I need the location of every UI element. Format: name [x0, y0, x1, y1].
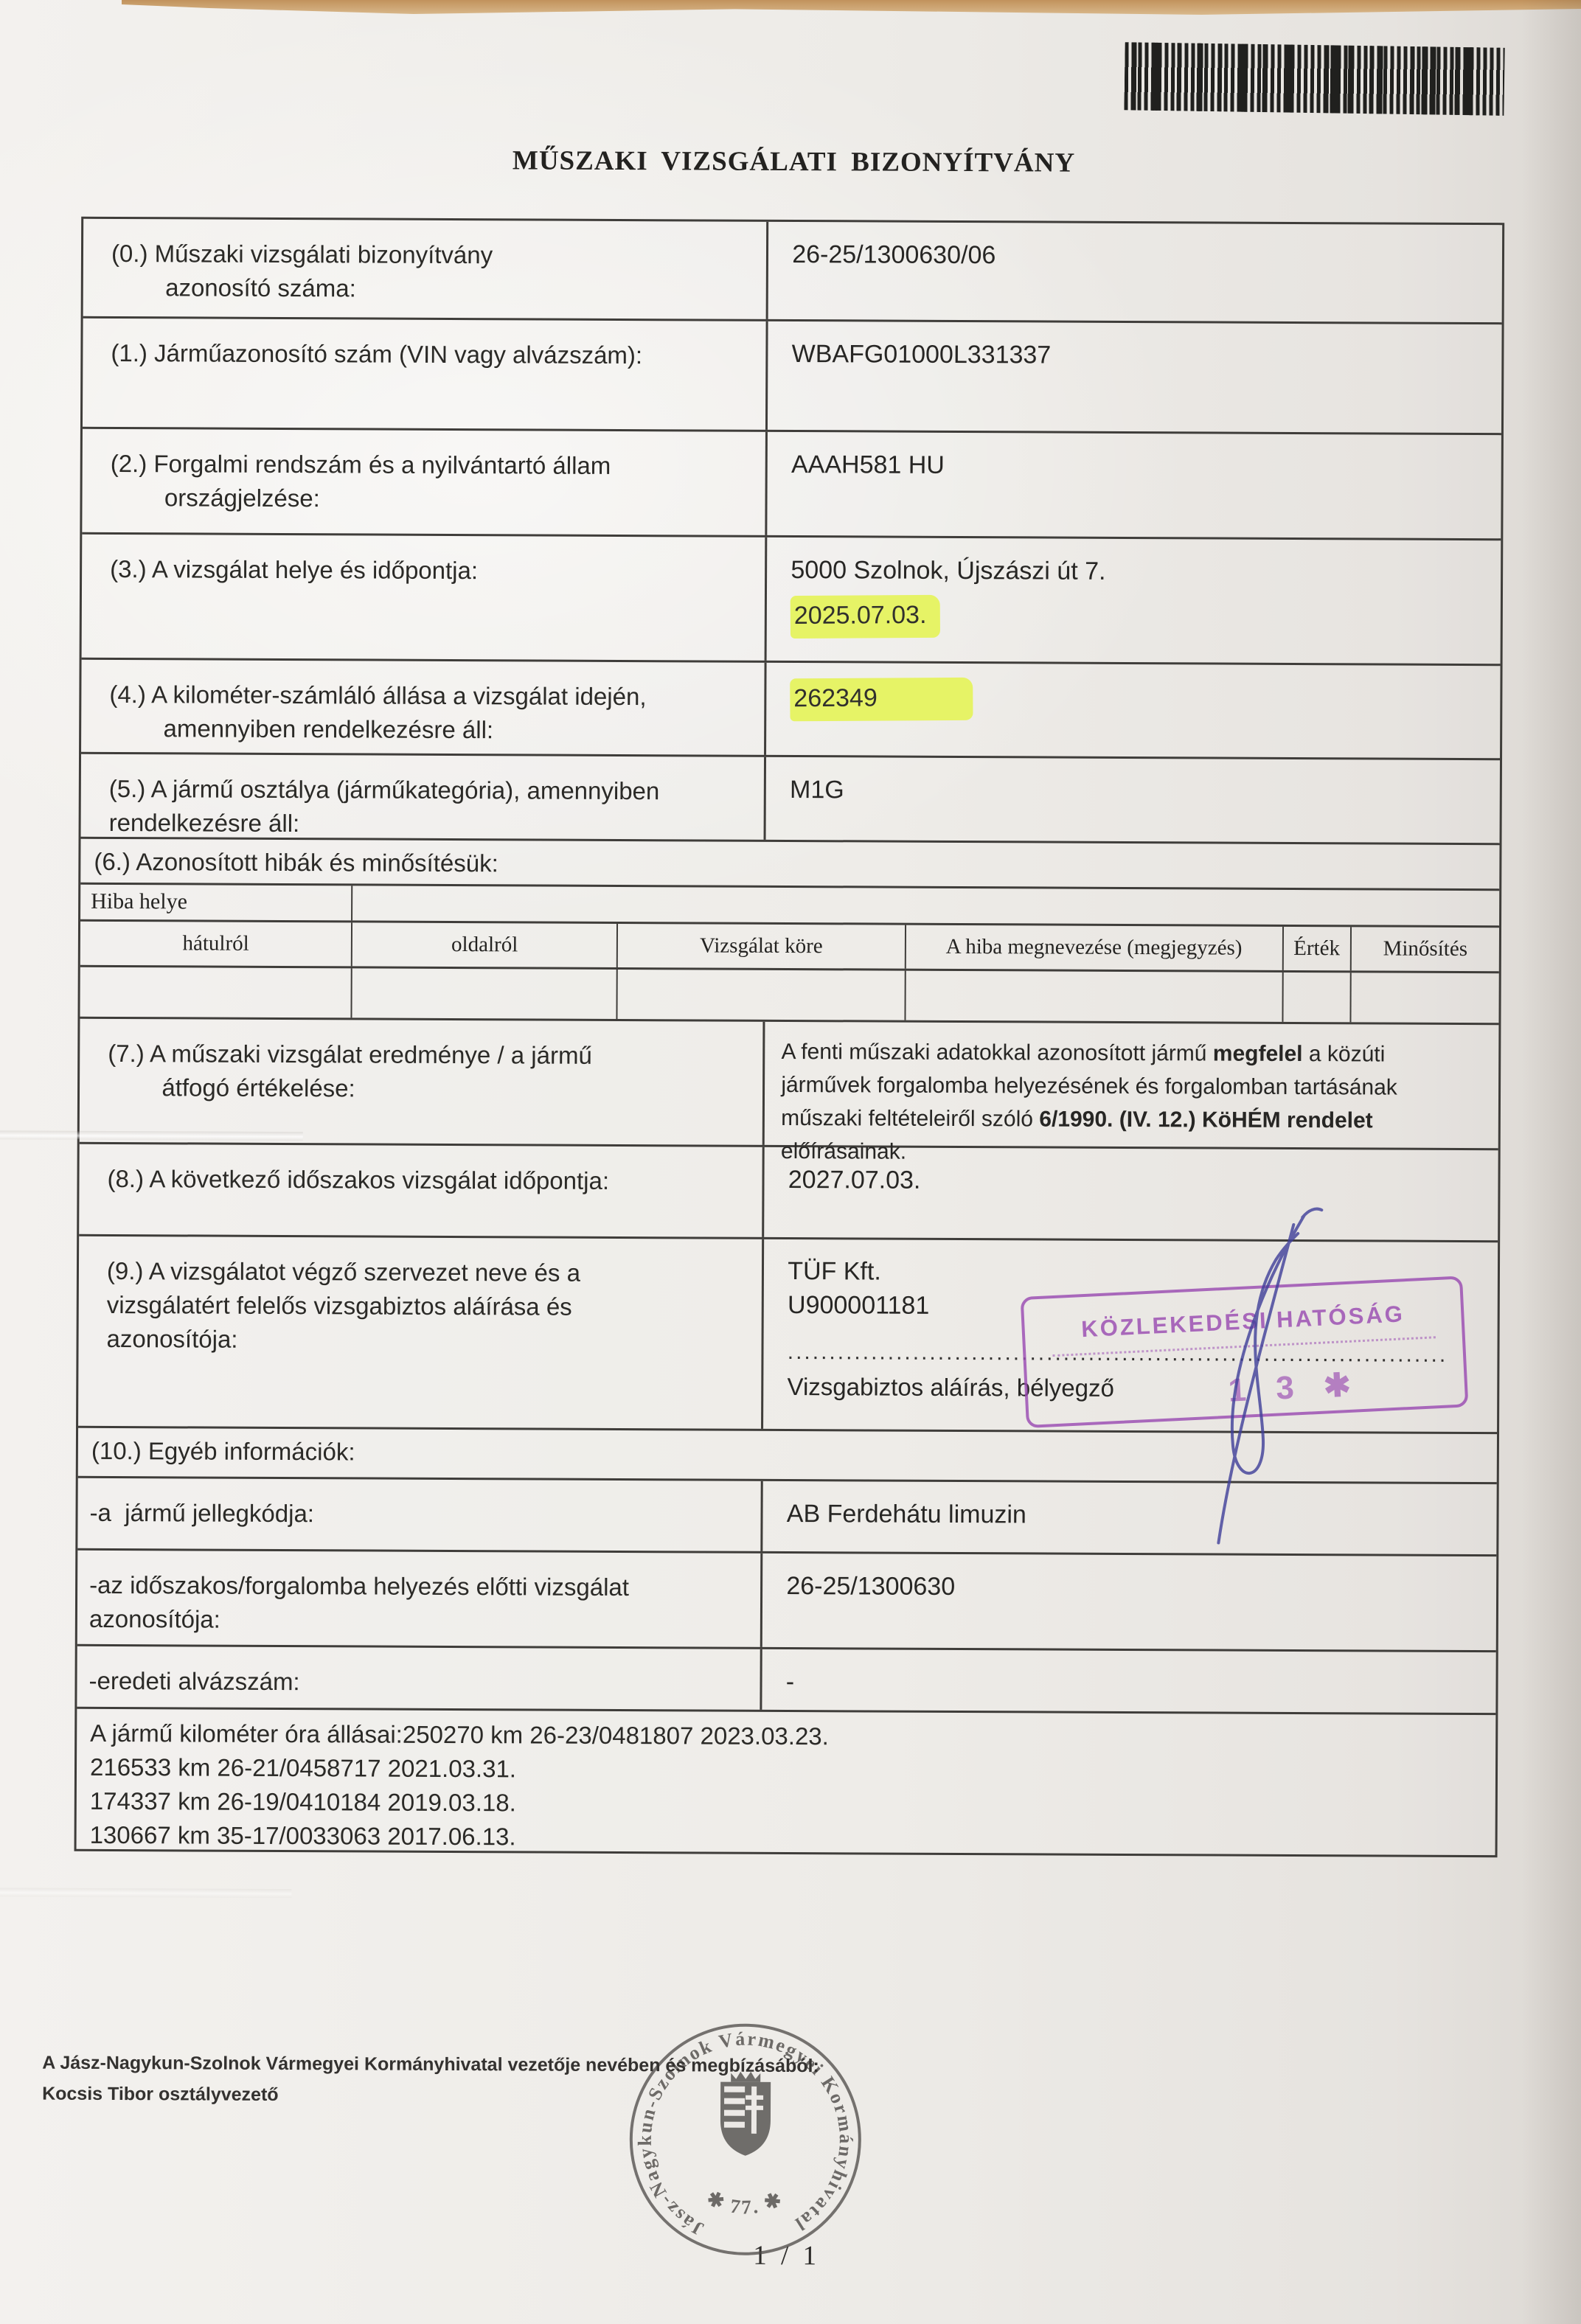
row-inspection-place-date: (3.) A vizsgálat helye és időpontja: 500… [82, 535, 1501, 666]
row-defect-empty [80, 967, 1498, 1025]
plate-value: AAAH581 HU [791, 450, 945, 479]
odometer-history-line: 130667 km 35-17/0033063 2017.06.13. [90, 1818, 1481, 1858]
defect-empty-cell [906, 971, 1283, 1022]
defect-col-side: oldalról [352, 922, 618, 967]
row-odometer-history: A jármű kilométer óra állásai:250270 km … [77, 1709, 1496, 1855]
row-verdict: (7.) A műszaki vizsgálat eredménye / a j… [80, 1019, 1499, 1150]
field-value-cell: 26-25/1300630/06 [768, 222, 1502, 322]
defect-place-empty-cell [352, 886, 1499, 925]
field-label: (7.) A műszaki vizsgálat eredménye / a j… [80, 1019, 765, 1145]
original-chassis-value: - [786, 1668, 794, 1696]
defect-empty-cell [1351, 973, 1498, 1023]
odometer-history-block: A jármű kilométer óra állásai:250270 km … [77, 1709, 1496, 1855]
inspection-place-value: 5000 Szolnok, Újszászi út 7. [790, 552, 1486, 591]
paper-crease [0, 1130, 302, 1141]
scanned-document: MŰSZAKI VIZSGÁLATI BIZONYÍTVÁNY (0.) Műs… [0, 0, 1581, 2324]
field-value-cell: 5000 Szolnok, Újszászi út 7. 2025.07.03. [767, 537, 1501, 664]
official-round-seal: Jász-Nagykun-Szolnok Vármegyei Kormányhi… [605, 1999, 886, 2280]
field-label: (9.) A vizsgálatot végző szervezet neve … [78, 1236, 764, 1429]
defect-empty-cell [352, 968, 618, 1019]
row-defect-place-header: Hiba helye [80, 885, 1499, 928]
field-value-cell: 26-25/1300630 [762, 1554, 1496, 1650]
row-defect-columns: hátulról oldalról Vizsgálat köre A hiba … [80, 922, 1499, 973]
defect-col-rear: hátulról [80, 922, 353, 967]
odometer-history-line: 216533 km 26-21/0458717 2021.03.31. [90, 1750, 1481, 1790]
row-vehicle-category: (5.) A jármű osztálya (járműkategória), … [81, 754, 1500, 845]
defects-section-label: (6.) Azonosított hibák és minősítésük: [80, 839, 1499, 888]
seal-coat-of-arms [720, 2072, 771, 2156]
vin-value: WBAFG01000L331337 [792, 340, 1052, 369]
vehicle-category-value: M1G [790, 776, 844, 804]
inspection-date-highlighted: 2025.07.03. [790, 595, 940, 639]
row-certificate-id: (0.) Műszaki vizsgálati bizonyítvány azo… [83, 219, 1503, 324]
defect-col-description: A hiba megnevezése (megjegyzés) [906, 925, 1284, 970]
verdict-regulation: 6/1990. (IV. 12.) KöHÉM rendelet [1039, 1107, 1373, 1133]
field-value-cell: AAAH581 HU [768, 432, 1501, 538]
defect-empty-cell [1283, 973, 1352, 1022]
handwritten-signature [1081, 1202, 1377, 1550]
row-odometer: (4.) A kilométer-számláló állása a vizsg… [81, 660, 1501, 760]
field-label: (0.) Műszaki vizsgálati bizonyítvány azo… [83, 219, 769, 319]
certificate-id-value: 26-25/1300630/06 [792, 240, 995, 269]
field-label: (2.) Forgalmi rendszám és a nyilvántartó… [82, 429, 768, 535]
defect-col-value: Érték [1283, 927, 1352, 970]
defect-empty-cell [80, 967, 352, 1018]
field-label: -az időszakos/forgalomba helyezés előtti… [77, 1551, 763, 1647]
defect-place-header: Hiba helye [80, 885, 353, 921]
field-value-cell: WBAFG01000L331337 [768, 321, 1501, 433]
defect-col-rating: Minősítés [1352, 927, 1499, 971]
inspection-date-wrap: 2025.07.03. [790, 595, 1486, 641]
verdict-pre: A fenti műszaki adatokkal azonosított já… [781, 1040, 1212, 1066]
field-label: (3.) A vizsgálat helye és időpontja: [82, 535, 768, 661]
next-inspection-date: 2027.07.03. [788, 1166, 921, 1194]
signer-name-title: Kocsis Tibor osztályvezető [42, 2084, 279, 2106]
field-label: (5.) A jármű osztálya (járműkategória), … [81, 754, 767, 840]
odometer-history-line: A jármű kilométer óra állásai:250270 km … [90, 1716, 1481, 1756]
defect-empty-cell [618, 970, 906, 1020]
row-previous-inspection-id: -az időszakos/forgalomba helyezés előtti… [77, 1551, 1497, 1652]
form-table: (0.) Műszaki vizsgálati bizonyítvány azo… [74, 217, 1505, 1857]
verdict-text: A fenti műszaki adatokkal azonosított já… [765, 1022, 1498, 1148]
field-label: (1.) Járműazonosító szám (VIN vagy alváz… [83, 319, 768, 430]
field-label: (8.) A következő időszakos vizsgálat idő… [79, 1144, 765, 1237]
field-value-cell: 262349 [766, 663, 1500, 758]
authority-delegation-text: A Jász-Nagykun-Szolnok Vármegyei Kormány… [42, 2053, 1148, 2079]
field-label: (4.) A kilométer-számláló állása a vizsg… [81, 660, 767, 755]
barcode [1124, 42, 1504, 116]
field-label: -eredeti alvázszám: [77, 1646, 762, 1710]
defect-col-scope: Vizsgálat köre [618, 924, 906, 969]
paper-sheet: MŰSZAKI VIZSGÁLATI BIZONYÍTVÁNY (0.) Műs… [0, 0, 1581, 2324]
odometer-value-highlighted: 262349 [790, 678, 973, 722]
row-plate: (2.) Forgalmi rendszám és a nyilvántartó… [82, 429, 1501, 540]
verdict-result: megfelel [1213, 1042, 1303, 1067]
row-original-chassis: -eredeti alvázszám: - [77, 1646, 1495, 1715]
field-label: -a jármű jellegkódja: [77, 1478, 763, 1551]
odometer-history-line: 174337 km 26-19/0410184 2019.03.18. [90, 1784, 1481, 1824]
seal-number-text: ✱ 77. ✱ [703, 2187, 788, 2219]
field-value-cell: - [762, 1649, 1496, 1713]
row-defects-header: (6.) Azonosított hibák és minősítésük: [80, 839, 1499, 891]
row-vin: (1.) Járműazonosító szám (VIN vagy alváz… [83, 319, 1502, 435]
paper-crease [0, 1888, 291, 1898]
field-value-cell: M1G [766, 757, 1500, 843]
previous-inspection-id-value: 26-25/1300630 [786, 1572, 955, 1601]
svg-text:✱ 77. ✱: ✱ 77. ✱ [703, 2187, 788, 2219]
document-title: MŰSZAKI VIZSGÁLATI BIZONYÍTVÁNY [3, 142, 1581, 181]
body-type-value: AB Ferdehátu limuzin [787, 1500, 1026, 1528]
